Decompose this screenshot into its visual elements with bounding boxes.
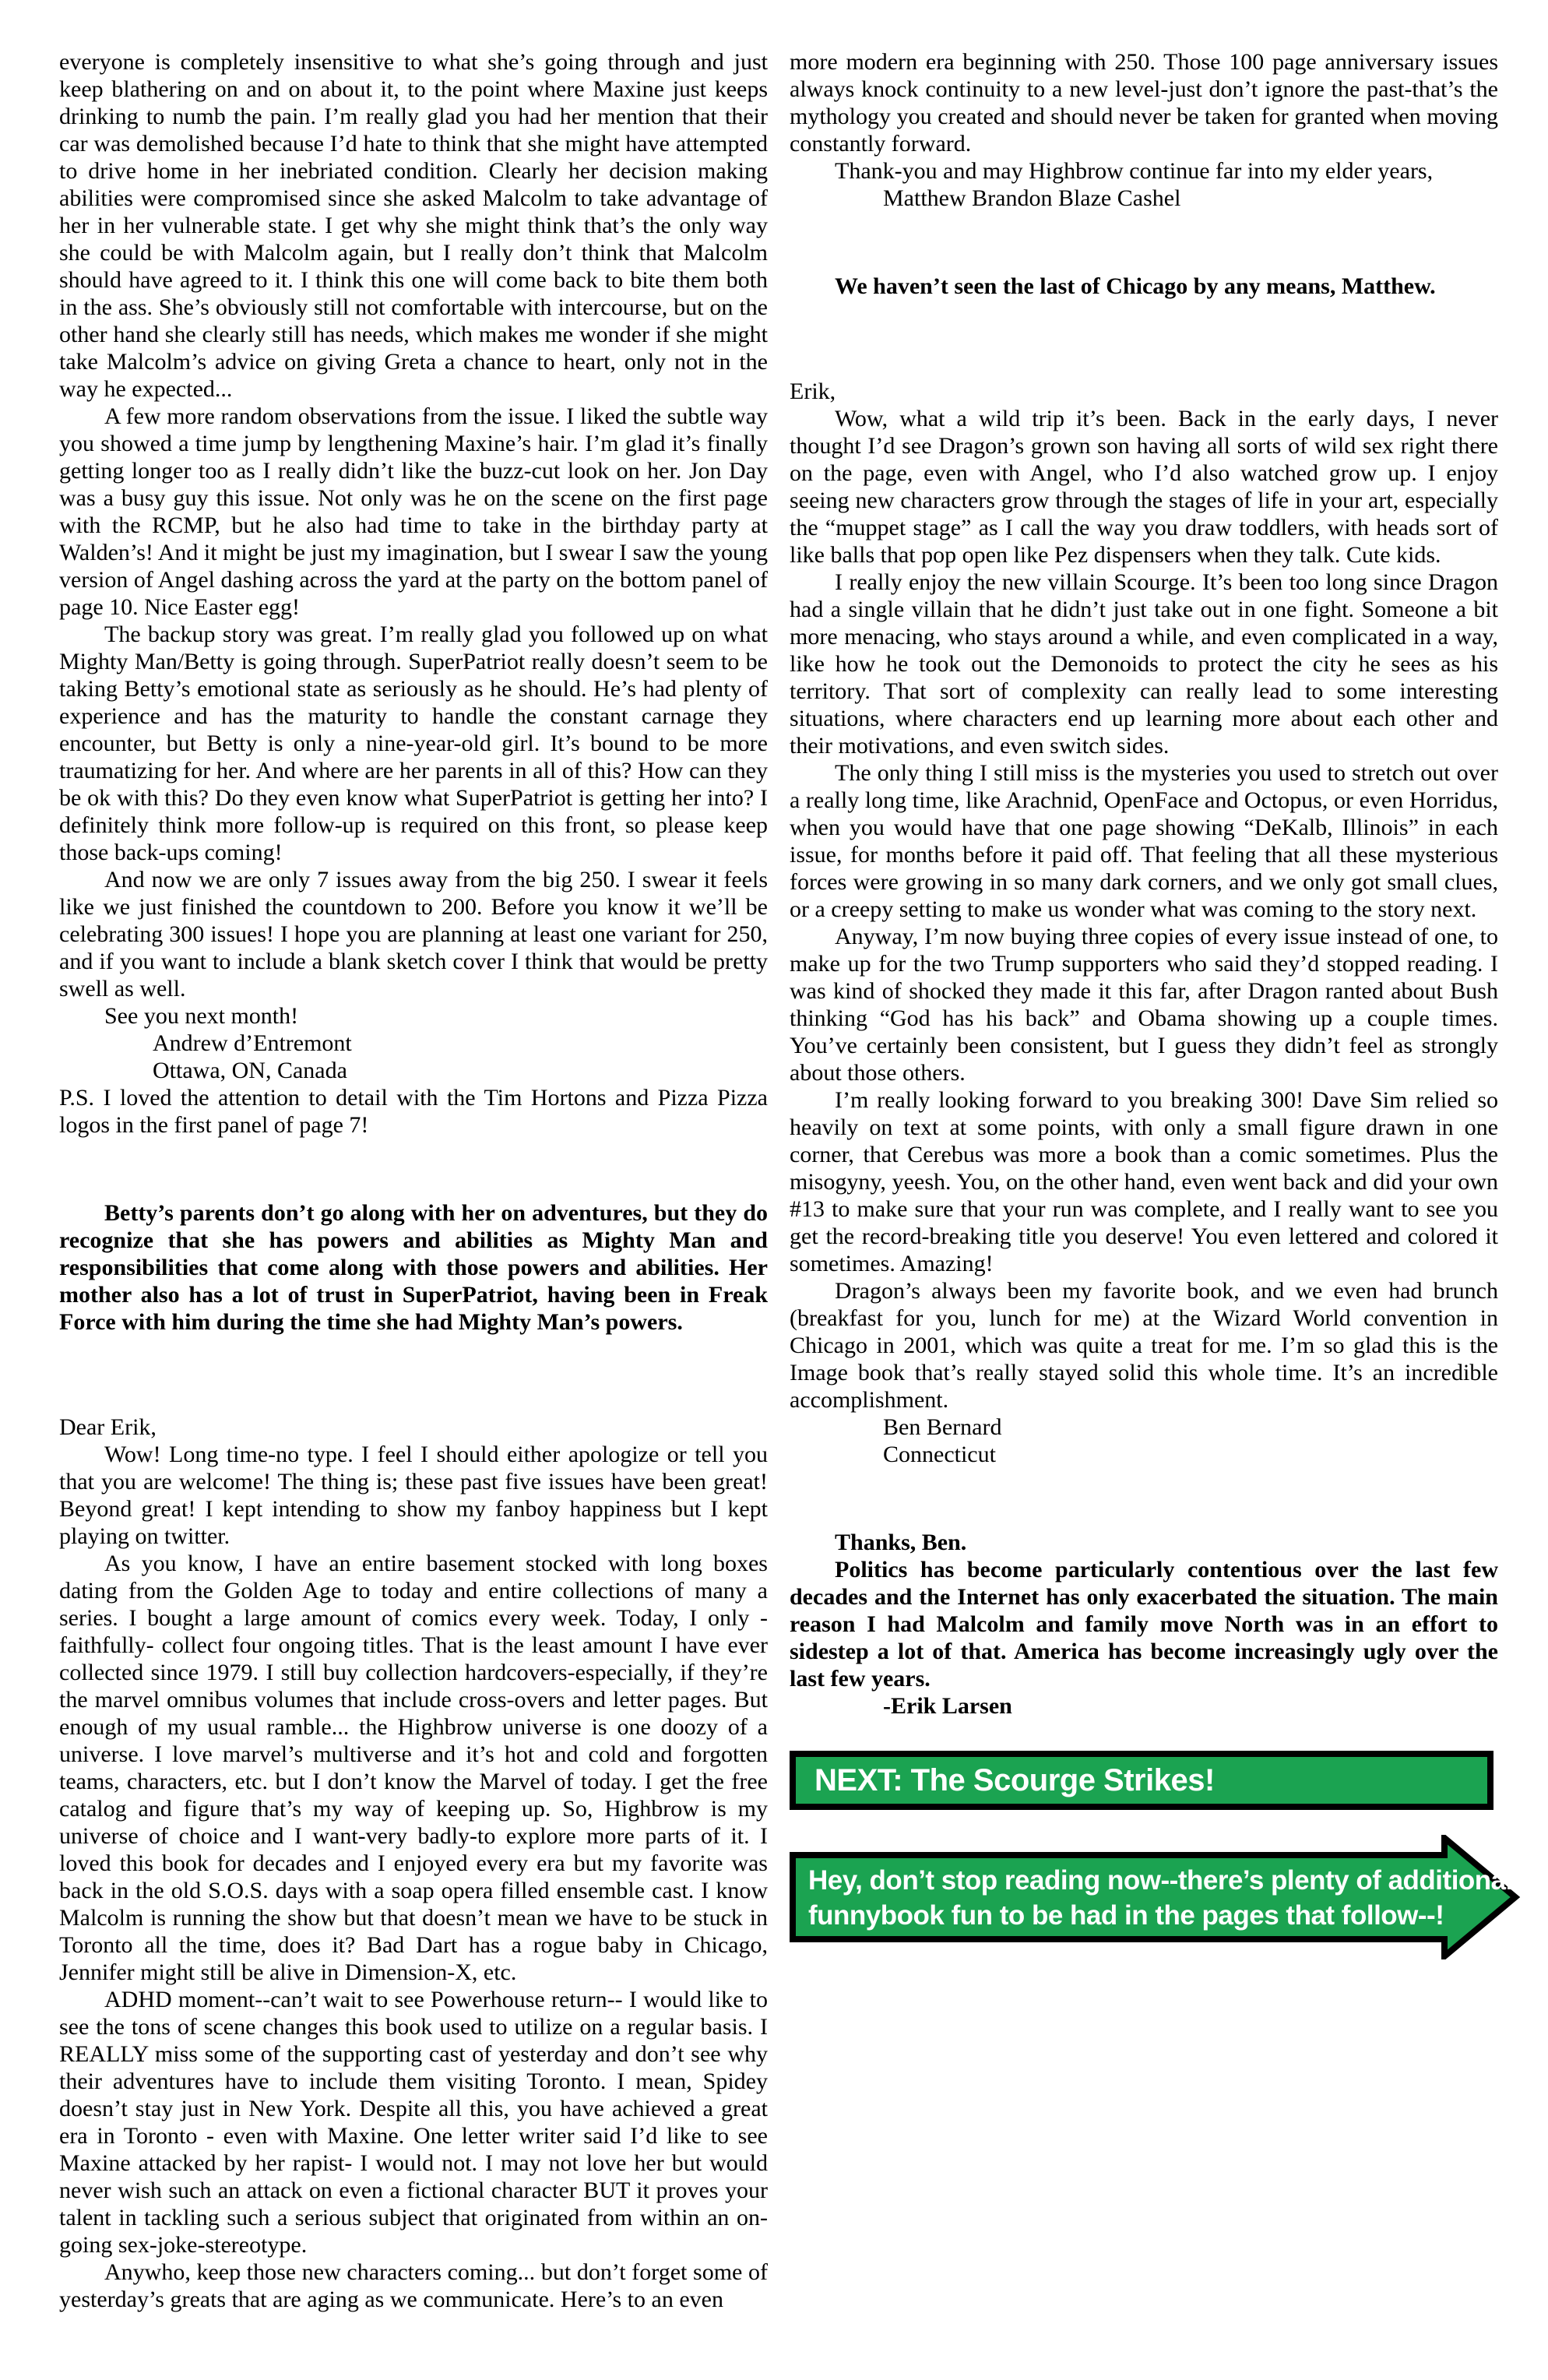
continue-reading-arrow-banner: Hey, don’t stop reading now--there’s ple…	[790, 1835, 1522, 1959]
editor-response: We haven’t seen the last of Chicago by a…	[790, 273, 1498, 300]
letter-signature-location: Connecticut	[790, 1441, 1498, 1468]
next-issue-banner: NEXT: The Scourge Strikes!	[790, 1751, 1493, 1810]
arrow-label-line2: funnybook fun to be had in the pages tha…	[808, 1898, 1423, 1933]
letter-signature-location: Ottawa, ON, Canada	[59, 1057, 768, 1084]
letter-paragraph: The only thing I still miss is the myste…	[790, 759, 1498, 923]
letter-paragraph: I’m really looking forward to you breaki…	[790, 1086, 1498, 1277]
letter-paragraph: And now we are only 7 issues away from t…	[59, 866, 768, 1002]
letter-signature: Ben Bernard	[790, 1414, 1498, 1441]
letter-postscript: P.S. I loved the attention to detail wit…	[59, 1084, 768, 1139]
right-column: more modern era beginning with 250. Thos…	[790, 48, 1498, 2380]
letter-paragraph: The backup story was great. I’m really g…	[59, 621, 768, 866]
letter-signature: Matthew Brandon Blaze Cashel	[790, 185, 1498, 212]
letter-paragraph: Dragon’s always been my favorite book, a…	[790, 1277, 1498, 1414]
editor-response: Thanks, Ben.	[790, 1529, 1498, 1556]
arrow-label-line1: Hey, don’t stop reading now--there’s ple…	[808, 1863, 1423, 1898]
letter-paragraph: A few more random observations from the …	[59, 403, 768, 621]
next-issue-banner-label: NEXT: The Scourge Strikes!	[796, 1767, 1215, 1794]
editor-signature: -Erik Larsen	[790, 1692, 1498, 1720]
letter-paragraph: Wow! Long time-no type. I feel I should …	[59, 1441, 768, 1550]
letter-paragraph: Anyway, I’m now buying three copies of e…	[790, 923, 1498, 1086]
letter-paragraph: Anywho, keep those new characters coming…	[59, 2259, 768, 2313]
letter-paragraph: more modern era beginning with 250. Thos…	[790, 48, 1498, 157]
editor-response: Betty’s parents don’t go along with her …	[59, 1199, 768, 1336]
letter-paragraph: everyone is completely insensitive to wh…	[59, 48, 768, 403]
editor-response: Politics has become particularly content…	[790, 1556, 1498, 1692]
letter-paragraph: I really enjoy the new villain Scourge. …	[790, 569, 1498, 759]
letter-paragraph: As you know, I have an entire basement s…	[59, 1550, 768, 1986]
letter-closing: Thank-you and may Highbrow continue far …	[790, 157, 1498, 185]
continue-reading-arrow-label: Hey, don’t stop reading now--there’s ple…	[808, 1852, 1423, 1944]
letter-closing: See you next month!	[59, 1002, 768, 1030]
left-column: everyone is completely insensitive to wh…	[59, 48, 768, 2380]
letter-salutation: Erik,	[790, 378, 1498, 405]
letter-paragraph: Wow, what a wild trip it’s been. Back in…	[790, 405, 1498, 569]
letter-salutation: Dear Erik,	[59, 1414, 768, 1441]
letter-paragraph: ADHD moment--can’t wait to see Powerhous…	[59, 1986, 768, 2259]
letter-signature: Andrew d’Entremont	[59, 1030, 768, 1057]
letters-page: everyone is completely insensitive to wh…	[0, 0, 1548, 2380]
